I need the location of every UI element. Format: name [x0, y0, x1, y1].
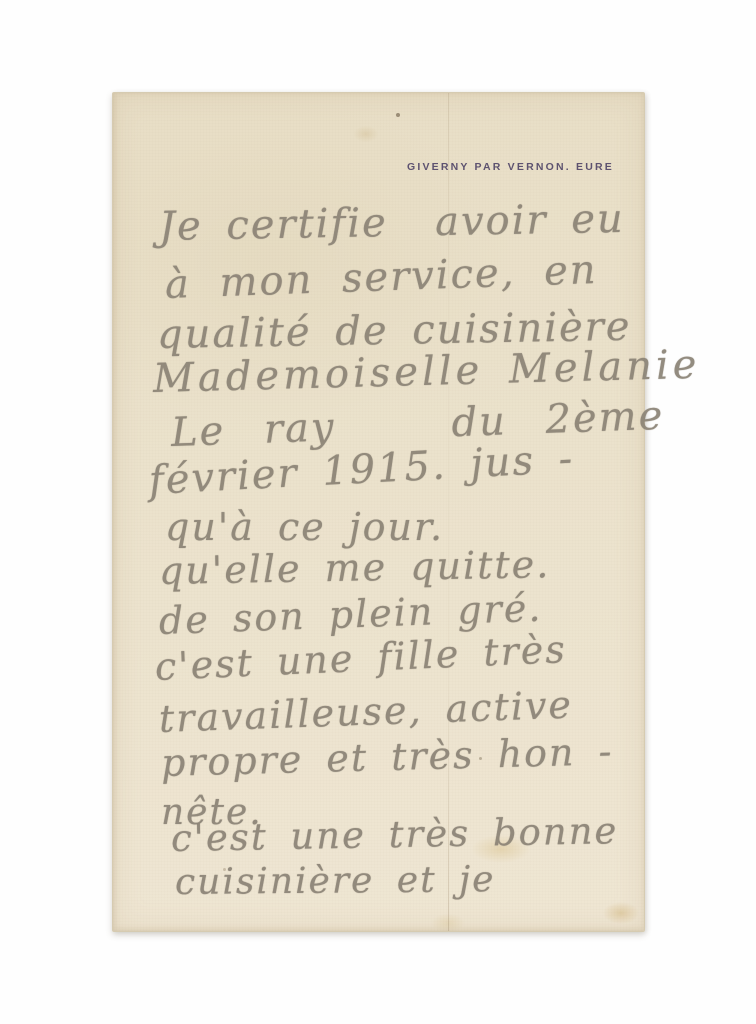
paper-stain [396, 113, 400, 117]
letterhead-text: GIVERNY PAR VERNON. EURE [407, 161, 614, 173]
photo-background: GIVERNY PAR VERNON. EURE Je certifie avo… [0, 0, 756, 1024]
handwriting-line: Je certifie avoir eu [159, 197, 625, 249]
handwriting-line: à mon service, en [164, 248, 598, 307]
handwriting-line: cuisinière et je [175, 860, 496, 902]
handwriting-line: qu'à ce jour. [165, 507, 444, 549]
handwriting-line: propre et très hon - [160, 731, 613, 785]
handwriting-line: qu'elle me quitte. [159, 544, 551, 593]
handwriting-line: c'est une très bonne [171, 811, 619, 859]
letter-paper: GIVERNY PAR VERNON. EURE Je certifie avo… [112, 92, 645, 932]
